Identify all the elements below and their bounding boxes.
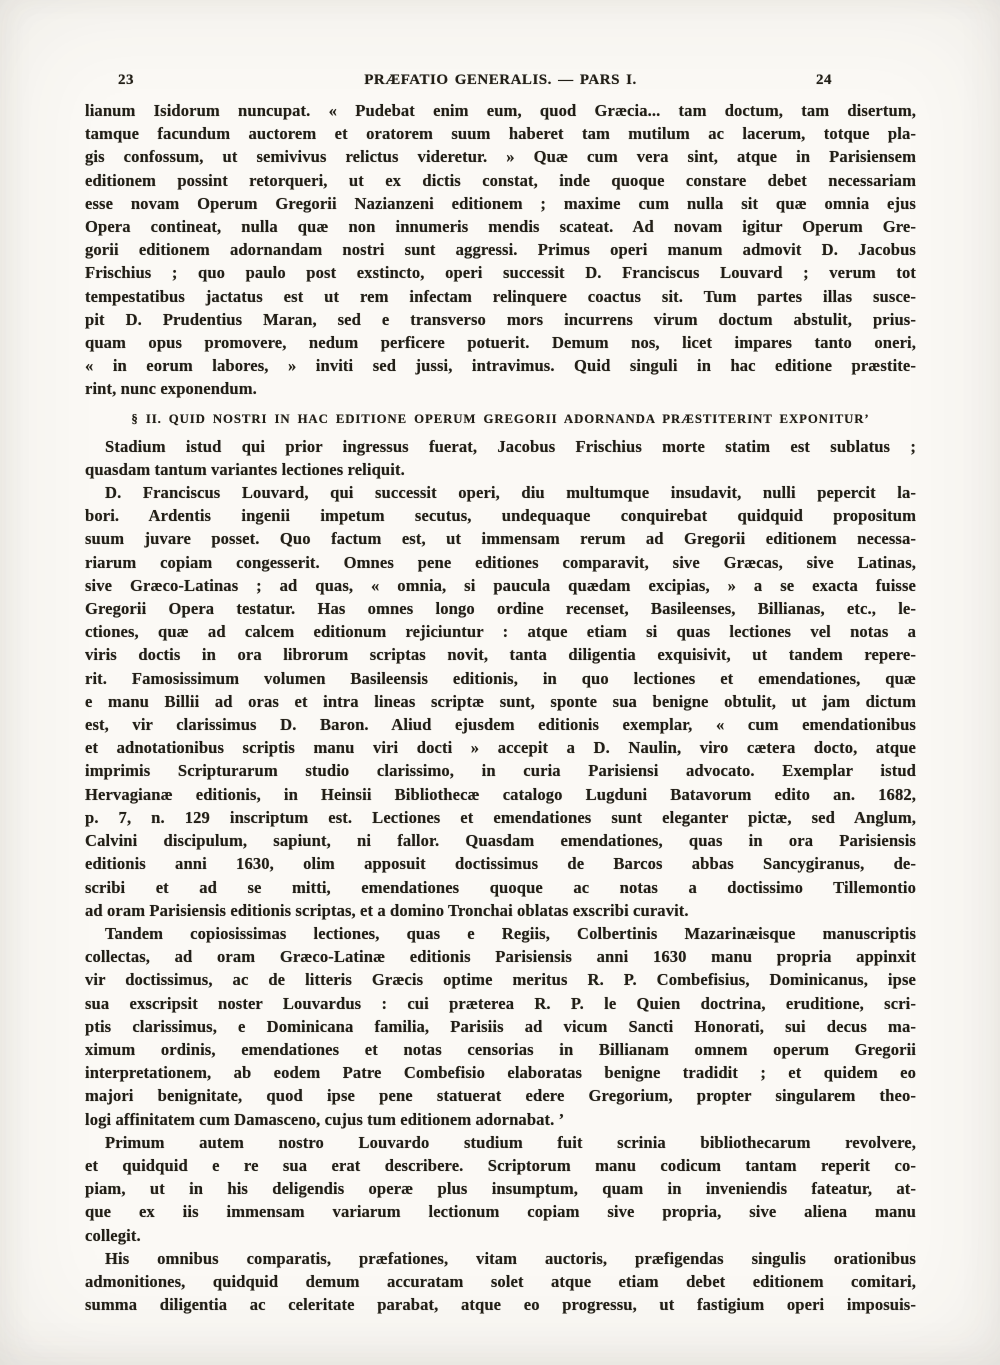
text-line: bori. Ardentis ingenii impetum secutus, … xyxy=(85,504,916,527)
text-line: que ex iis immensam variarum lectionum c… xyxy=(85,1200,916,1223)
text-line: viris doctis in ora librorum scriptas no… xyxy=(85,643,916,666)
text-line: et quidquid e re sua erat describere. Sc… xyxy=(85,1154,916,1177)
text-line: majori benignitate, quod ipse pene statu… xyxy=(85,1084,916,1107)
text-line: Calvini discipulum, sapiunt, ni fallor. … xyxy=(85,829,916,852)
text-line: tempestatibus jactatus est ut rem infect… xyxy=(85,285,916,308)
paragraph: His omnibus comparatis, præfationes, vit… xyxy=(85,1247,916,1317)
text-line: scribi et ad se mitti, emendationes quoq… xyxy=(85,876,916,899)
text-line: quasdam tantum variantes lectiones reliq… xyxy=(85,458,916,481)
left-column-number: 23 xyxy=(85,72,205,89)
text-line: rit. Famosissimum volumen Basileensis ed… xyxy=(85,667,916,690)
text-line: Opera contineat, nulla quæ non innumeris… xyxy=(85,215,916,238)
text-line: His omnibus comparatis, præfationes, vit… xyxy=(85,1247,916,1270)
text-line: « in eorum labores, » inviti sed jussi, … xyxy=(85,354,916,377)
text-line: Gregorii Opera testatur. Has omnes longo… xyxy=(85,597,916,620)
paragraph: lianum Isidorum nuncupat. « Pudebat enim… xyxy=(85,99,916,401)
text-line: Primum autem nostro Louvardo studium fui… xyxy=(85,1131,916,1154)
text-line: admonitiones, quidquid demum accuratam s… xyxy=(85,1270,916,1293)
text-line: gis confossum, ut semivivus relictus vid… xyxy=(85,145,916,168)
text-line: Tandem copiosissimas lectiones, quas e R… xyxy=(85,922,916,945)
text-line: sua exscripsit noster Louvardus : cui pr… xyxy=(85,992,916,1015)
text-line: piam, ut in his deligendis operæ plus in… xyxy=(85,1177,916,1200)
text-line: et adnotationibus scriptis manu viri doc… xyxy=(85,736,916,759)
running-title: PRÆFATIO GENERALIS. — PARS I. xyxy=(205,72,796,89)
text-line: ad oram Parisiensis editionis scriptas, … xyxy=(85,899,916,922)
text-line: rint, nunc exponendum. xyxy=(85,377,916,400)
paragraph: D. Franciscus Louvard, qui successit ope… xyxy=(85,481,916,922)
text-line: Stadium istud qui prior ingressus fuerat… xyxy=(85,435,916,458)
text-line: riarum copiam congesserit. Omnes pene ed… xyxy=(85,551,916,574)
text-line: summa diligentia ac celeritate parabat, … xyxy=(85,1293,916,1316)
text-line: tamque facundum auctorem et oratorem suu… xyxy=(85,122,916,145)
text-line: collegit. xyxy=(85,1224,916,1247)
right-column-number: 24 xyxy=(796,72,916,89)
text-line: imprimis Scripturarum studio clarissimo,… xyxy=(85,759,916,782)
text-block: 23 PRÆFATIO GENERALIS. — PARS I. 24 lian… xyxy=(85,72,916,1316)
text-line: editionem possint retorqueri, ut ex dict… xyxy=(85,169,916,192)
text-line: logi affinitatem cum Damasceno, cujus tu… xyxy=(85,1108,916,1131)
text-line: ctiones, quæ ad calcem editionum rejiciu… xyxy=(85,620,916,643)
text-line: gorii editionem adornandam nostri sunt a… xyxy=(85,238,916,261)
text-line: suum juvare posset. Quo factum est, ut i… xyxy=(85,527,916,550)
text-line: est, vir clarissimus D. Baron. Aliud eju… xyxy=(85,713,916,736)
text-line: sive Græco-Latinas ; ad quas, « omnia, s… xyxy=(85,574,916,597)
paragraph: Stadium istud qui prior ingressus fuerat… xyxy=(85,435,916,481)
scanned-book-page: 23 PRÆFATIO GENERALIS. — PARS I. 24 lian… xyxy=(0,0,1000,1365)
text-line: e manu Billii ad oras et intra lineas sc… xyxy=(85,690,916,713)
text-line: lianum Isidorum nuncupat. « Pudebat enim… xyxy=(85,99,916,122)
section-heading: § II. QUID NOSTRI IN HAC EDITIONE OPERUM… xyxy=(85,411,916,427)
text-line: Frischius ; quo paulo post exstincto, op… xyxy=(85,261,916,284)
text-line: D. Franciscus Louvard, qui successit ope… xyxy=(85,481,916,504)
text-line: editionis anni 1630, olim apposuit docti… xyxy=(85,852,916,875)
paragraph: Primum autem nostro Louvardo studium fui… xyxy=(85,1131,916,1247)
text-line: Hervagianæ editionis, in Heinsii Bibliot… xyxy=(85,783,916,806)
text-line: vir doctissimus, ac de litteris Græcis o… xyxy=(85,968,916,991)
text-line: interpretationem, ab eodem Patre Combefi… xyxy=(85,1061,916,1084)
text-line: ximum ordinis, emendationes et notas cen… xyxy=(85,1038,916,1061)
text-line: collectas, ad oram Græco-Latinæ editioni… xyxy=(85,945,916,968)
text-line: ptis clarissimus, e Dominicana familia, … xyxy=(85,1015,916,1038)
page-header: 23 PRÆFATIO GENERALIS. — PARS I. 24 xyxy=(85,72,916,89)
paragraph: Tandem copiosissimas lectiones, quas e R… xyxy=(85,922,916,1131)
text-line: p. 7, n. 129 inscriptum est. Lectiones e… xyxy=(85,806,916,829)
text-line: quam opus promovere, nedum perficere pot… xyxy=(85,331,916,354)
page-body: lianum Isidorum nuncupat. « Pudebat enim… xyxy=(85,99,916,1316)
text-line: pit D. Prudentius Maran, sed e transvers… xyxy=(85,308,916,331)
text-line: esse novam Operum Gregorii Nazianzeni ed… xyxy=(85,192,916,215)
